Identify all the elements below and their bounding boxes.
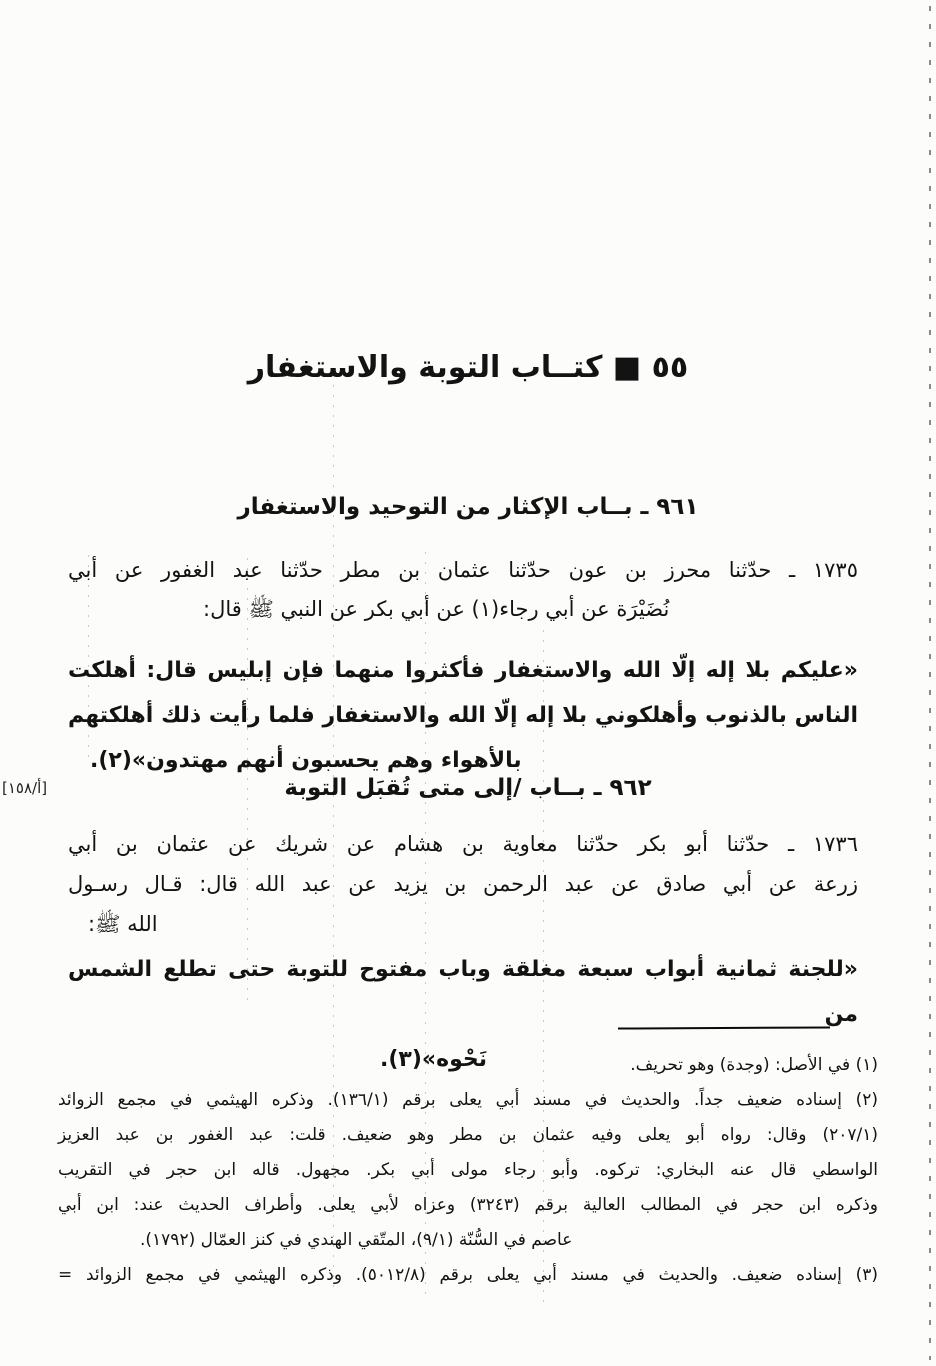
hadith-1736-isnad: ١٧٣٦ ـ حدّثنا أبو بكر حدّثنا معاوية بن ه… xyxy=(68,824,858,944)
book-page: ٥٥ ■ كتــاب التوبة والاستغفار ٩٦١ ـ بــا… xyxy=(0,0,936,1366)
footnotes-block: (١) في الأصل: (وجدة) وهو تحريف. (٢) إسنا… xyxy=(58,1048,878,1293)
isnad-line: زرعة عن أبي صادق عن عبد الرحمن بن يزيد ع… xyxy=(68,864,858,904)
footnote-2-line: (٢) إسناده ضعيف جداً. والحديث في مسند أب… xyxy=(58,1083,878,1118)
footnote-2-line: عاصم في السُّنّة (٩/١)، المتّقي الهندي ف… xyxy=(58,1223,878,1258)
isnad-line: نُضَيْرَة عن أبي رجاء(١) عن أبي بكر عن ا… xyxy=(68,590,858,629)
bab-961-heading: ٩٦١ ـ بــاب الإكثار من التوحيد والاستغفا… xyxy=(0,494,936,520)
footnote-2-line: الواسطي قال عنه البخاري: تركوه. وأبو رجا… xyxy=(58,1153,878,1188)
folio-margin-note: [أ/١٥٨] xyxy=(2,779,47,797)
footnote-3: (٣) إسناده ضعيف. والحديث في مسند أبي يعل… xyxy=(58,1258,878,1293)
bab-962-heading: ٩٦٢ ـ بــاب /إلى متى تُقبَل التوبة xyxy=(0,775,936,801)
isnad-line: الله ﷺ: xyxy=(68,904,858,944)
scan-edge-artifact xyxy=(929,6,931,1360)
kitab-title: ٥٥ ■ كتــاب التوبة والاستغفار xyxy=(0,350,936,385)
hadith-1735-matn: «عليكم بلا إله إلّا الله والاستغفار فأكث… xyxy=(68,648,858,783)
matn-line: الناس بالذنوب وأهلكوني بلا إله إلّا الله… xyxy=(68,693,858,738)
isnad-line: ١٧٣٥ ـ حدّثنا محرز بن عون حدّثنا عثمان ب… xyxy=(68,551,858,590)
hadith-1735-isnad: ١٧٣٥ ـ حدّثنا محرز بن عون حدّثنا عثمان ب… xyxy=(68,551,858,629)
matn-line: «عليكم بلا إله إلّا الله والاستغفار فأكث… xyxy=(68,648,858,693)
isnad-line: ١٧٣٦ ـ حدّثنا أبو بكر حدّثنا معاوية بن ه… xyxy=(68,824,858,864)
footnote-2-line: وذكره ابن حجر في المطالب العالية برقم (٣… xyxy=(58,1188,878,1223)
matn-line: «للجنة ثمانية أبواب سبعة مغلقة وباب مفتو… xyxy=(68,947,858,1037)
footnote-1: (١) في الأصل: (وجدة) وهو تحريف. xyxy=(58,1048,878,1083)
footnote-2-line: (٢٠٧/١) وقال: رواه أبو يعلى وفيه عثمان ب… xyxy=(58,1118,878,1153)
